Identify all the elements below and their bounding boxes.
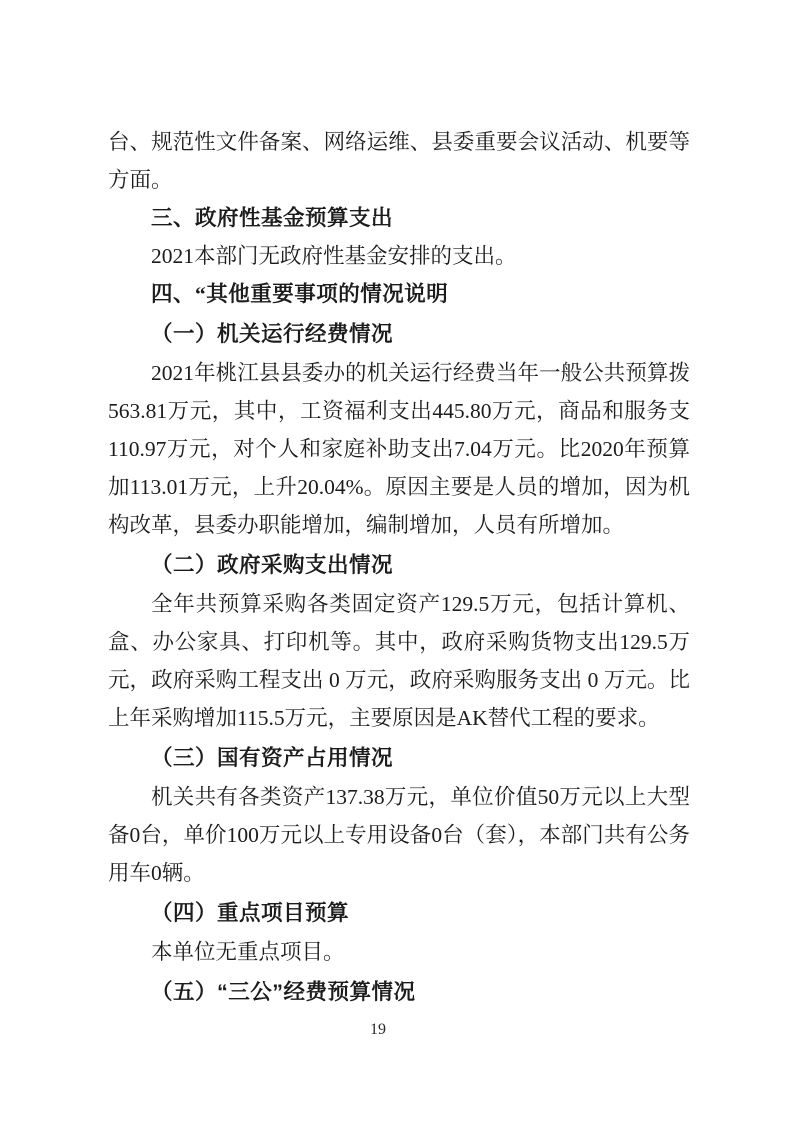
text-line: （三）国有资产占用情况 — [108, 739, 690, 777]
text-line: （四）重点项目预算 — [108, 894, 690, 932]
paragraph: 台、规范性文件备案、网络运维、县委重要会议活动、机要等方面。 — [108, 123, 690, 199]
text-line: （二）政府采购支出情况 — [108, 546, 690, 584]
text-line: 台、规范性文件备案、网络运维、县委重要会议活动、机要等 — [108, 123, 690, 161]
text-line: 用车0辆。 — [108, 854, 690, 892]
text-line: （一）机关运行经费情况 — [108, 315, 690, 353]
text-line: 机关共有各类资产137.38万元，单位价值50万元以上大型设 — [108, 778, 690, 816]
text-line: 盒、办公家具、打印机等。其中，政府采购货物支出129.5万 — [108, 623, 690, 661]
section-heading: （五）“三公”经费预算情况 — [108, 973, 690, 1011]
text-line: 构改革，县委办职能增加，编制增加，人员有所增加。 — [108, 506, 690, 544]
page-number: 19 — [0, 1019, 756, 1041]
text-line: 上年采购增加115.5万元，主要原因是AK替代工程的要求。 — [108, 699, 690, 737]
text-line: 563.81万元，其中，工资福利支出445.80万元，商品和服务支出 — [108, 392, 690, 430]
section-heading: （一）机关运行经费情况 — [108, 315, 690, 353]
paragraph: 全年共预算采购各类固定资产129.5万元，包括计算机、墨盒、办公家具、打印机等。… — [108, 585, 690, 737]
text-line: 全年共预算采购各类固定资产129.5万元，包括计算机、墨 — [108, 585, 690, 623]
section-heading: （三）国有资产占用情况 — [108, 739, 690, 777]
text-line: 本单位无重点项目。 — [108, 933, 690, 971]
paragraph: 2021年桃江县县委办的机关运行经费当年一般公共预算拨563.81万元，其中，工… — [108, 354, 690, 544]
text-line: 2021年桃江县县委办的机关运行经费当年一般公共预算拨 — [108, 354, 690, 392]
text-line: （五）“三公”经费预算情况 — [108, 973, 690, 1011]
page-content: 台、规范性文件备案、网络运维、县委重要会议活动、机要等方面。三、政府性基金预算支… — [108, 123, 690, 1012]
text-line: 四、“其他重要事项的情况说明 — [108, 275, 690, 313]
section-heading: 四、“其他重要事项的情况说明 — [108, 275, 690, 313]
document-page: 台、规范性文件备案、网络运维、县委重要会议活动、机要等方面。三、政府性基金预算支… — [0, 0, 793, 1122]
text-line: 元，政府采购工程支出 0 万元，政府采购服务支出 0 万元。比 — [108, 661, 690, 699]
text-line: 方面。 — [108, 161, 690, 199]
paragraph: 2021本部门无政府性基金安排的支出。 — [108, 237, 690, 275]
text-line: 110.97万元，对个人和家庭补助支出7.04万元。比2020年预算增 — [108, 430, 690, 468]
section-heading: （四）重点项目预算 — [108, 894, 690, 932]
section-heading: （二）政府采购支出情况 — [108, 546, 690, 584]
section-heading: 三、政府性基金预算支出 — [108, 199, 690, 237]
text-line: 加113.01万元，上升20.04%。原因主要是人员的增加，因为机 — [108, 468, 690, 506]
text-line: 2021本部门无政府性基金安排的支出。 — [108, 237, 690, 275]
paragraph: 机关共有各类资产137.38万元，单位价值50万元以上大型设备0台，单价100万… — [108, 778, 690, 892]
text-line: 备0台，单价100万元以上专用设备0台（套），本部门共有公务 — [108, 816, 690, 854]
text-line: 三、政府性基金预算支出 — [108, 199, 690, 237]
paragraph: 本单位无重点项目。 — [108, 933, 690, 971]
